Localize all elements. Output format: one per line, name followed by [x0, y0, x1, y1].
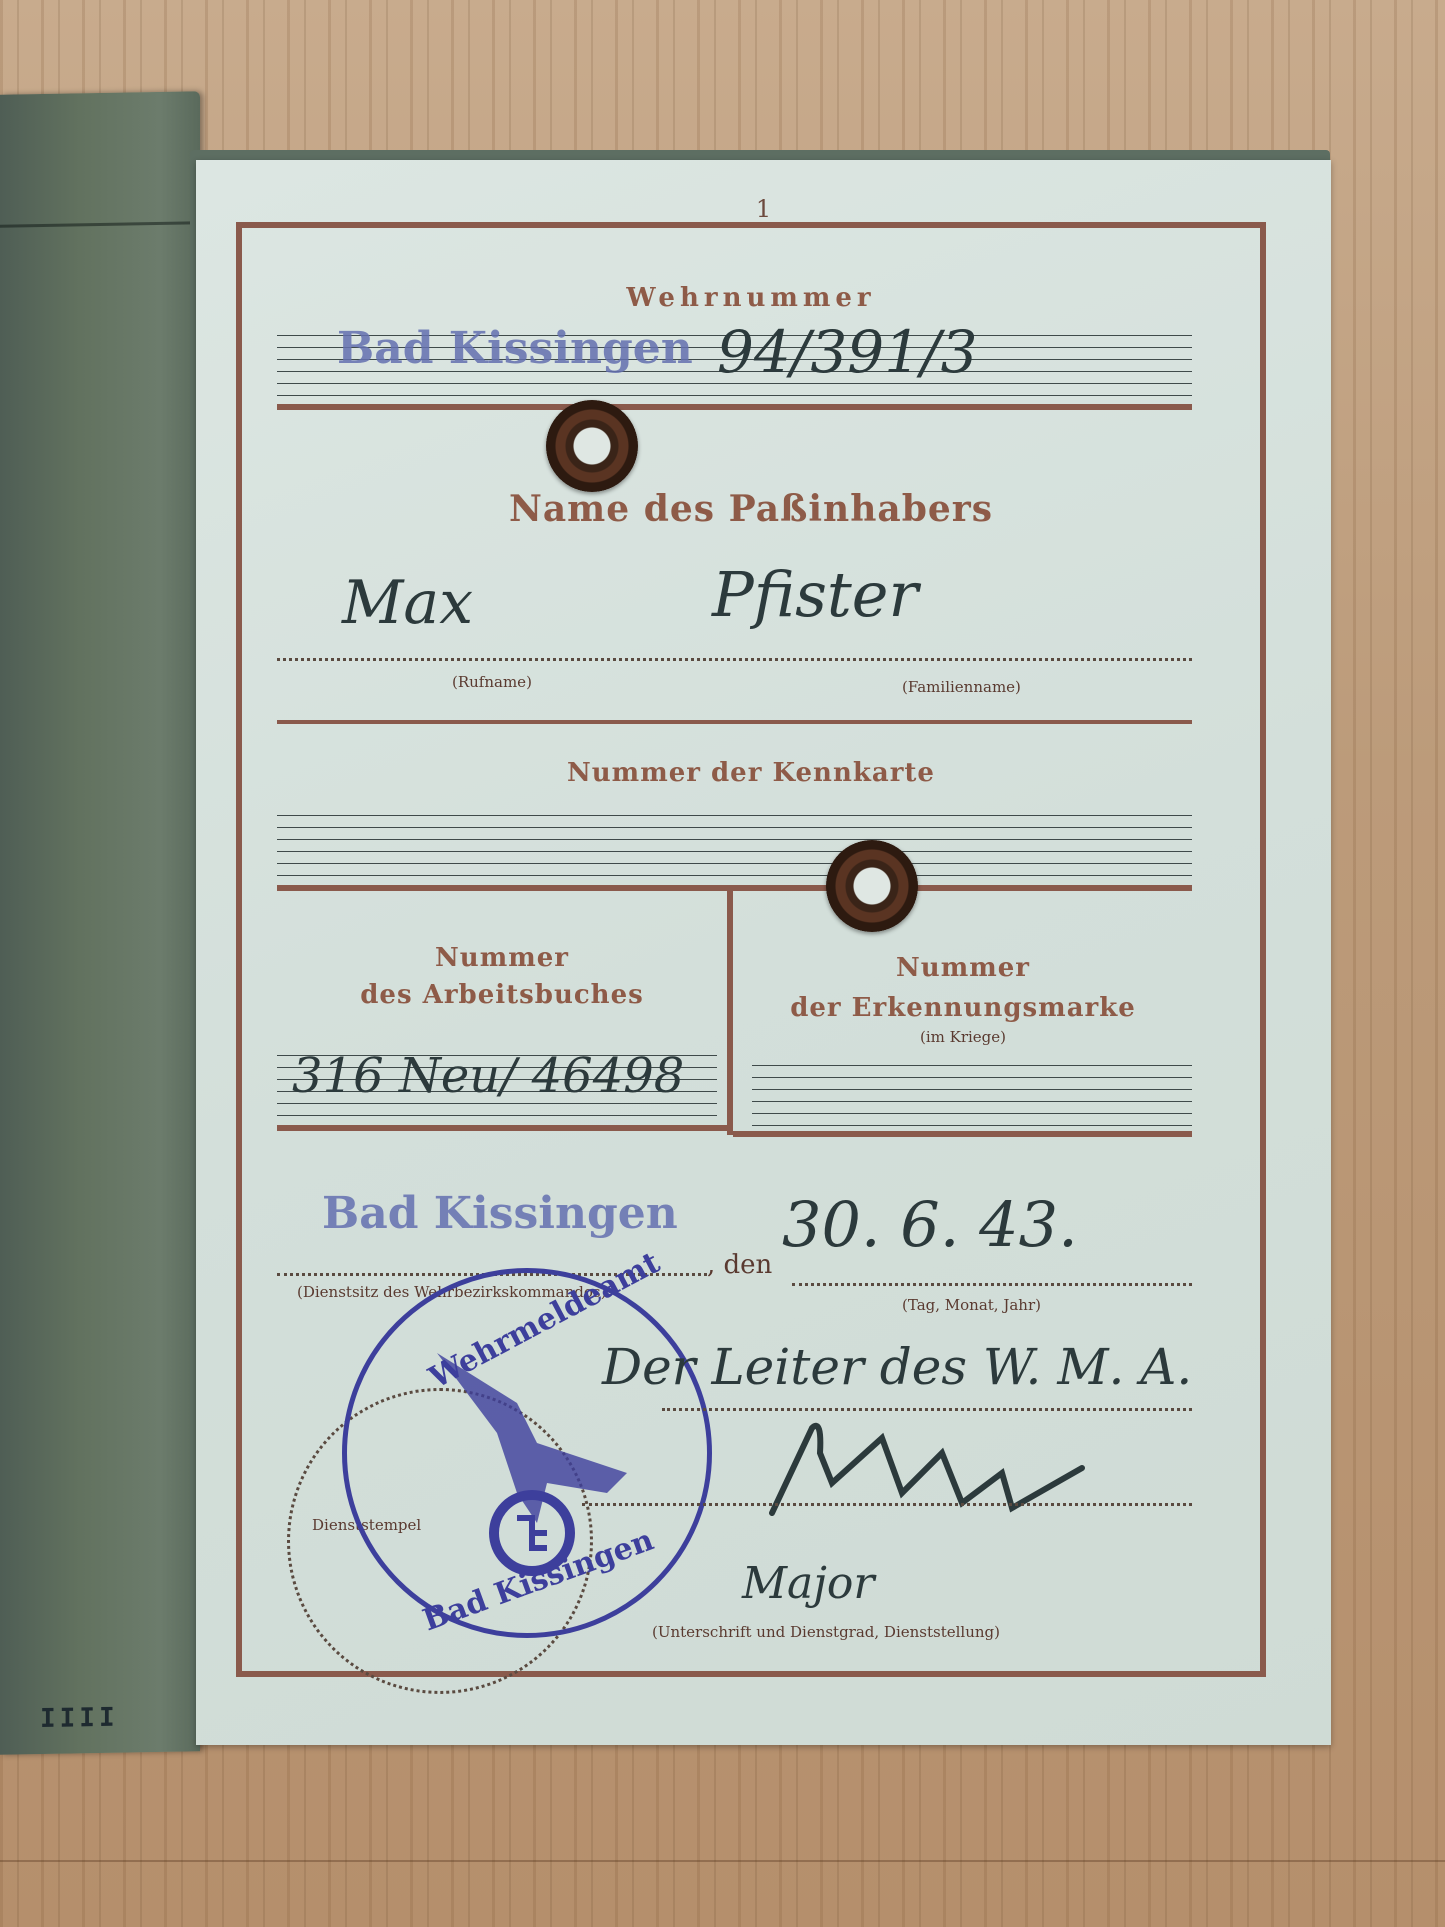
- name-dotted-line: [277, 658, 1192, 661]
- issue-date-dotted-line: [792, 1283, 1192, 1286]
- issue-place-stamp: Bad Kissingen: [322, 1188, 678, 1239]
- page-number: 1: [196, 195, 1331, 223]
- kennkarte-label: Nummer der Kennkarte: [242, 758, 1260, 788]
- issue-date-caption: (Tag, Monat, Jahr): [902, 1296, 1041, 1314]
- grommet-top: [546, 400, 638, 492]
- wehrnummer-rule: [277, 404, 1192, 410]
- erkennungsmarke-rule: [733, 1131, 1192, 1137]
- arbeitsbuch-value: 316 Neu/ 46498: [292, 1048, 684, 1104]
- arbeitsbuch-label-line2: des Arbeitsbuches: [277, 980, 727, 1010]
- signature-caption: (Unterschrift und Dienstgrad, Dienststel…: [652, 1623, 1000, 1641]
- wehrnummer-label: Wehrnummer: [242, 283, 1260, 313]
- erkennungsmarke-label-line1: Nummer: [733, 953, 1193, 983]
- first-name-caption: (Rufname): [452, 673, 532, 691]
- signature-dotted-line-1: [662, 1408, 1192, 1411]
- document-page: 1 Wehrnummer Bad Kissingen 94/391/3 Name…: [196, 160, 1331, 1745]
- table-plank-seam: [0, 1860, 1445, 1862]
- signature-dotted-line-2: [582, 1503, 1192, 1506]
- arbeitsbuch-rule: [277, 1125, 727, 1131]
- kennkarte-field: [277, 808, 1192, 880]
- den-label: , den: [707, 1250, 772, 1280]
- passbook-cover: IIII: [0, 91, 200, 1754]
- last-name-caption: (Familienname): [902, 678, 1021, 696]
- issue-date: 30. 6. 43.: [782, 1188, 1078, 1261]
- arbeitsbuch-label-line1: Nummer: [277, 943, 727, 973]
- last-name-value: Pfister: [712, 558, 918, 631]
- wehrnummer-place-stamp: Bad Kissingen: [337, 323, 693, 374]
- first-name-value: Max: [342, 568, 473, 638]
- erkennungsmarke-label-line2: der Erkennungsmarke: [733, 993, 1193, 1023]
- name-rule: [277, 720, 1192, 724]
- official-stamp: Wehrmeldeamt Bad Kissingen: [342, 1268, 712, 1638]
- page-frame: Wehrnummer Bad Kissingen 94/391/3 Name d…: [236, 222, 1266, 1677]
- erkennungsmarke-field: [752, 1058, 1192, 1130]
- signature-title-line: Der Leiter des W. M. A.: [602, 1338, 1192, 1396]
- erkennungsmarke-note: (im Kriege): [733, 1028, 1193, 1046]
- name-section-label: Name des Paßinhabers: [242, 488, 1260, 530]
- cover-tally-marks: IIII: [40, 1703, 119, 1734]
- wehrnummer-value: 94/391/3: [717, 318, 978, 386]
- signature-scrawl-icon: [762, 1413, 1162, 1523]
- cover-fold: [0, 221, 200, 227]
- signature-rank: Major: [742, 1558, 874, 1609]
- grommet-middle: [826, 840, 918, 932]
- kennkarte-rule: [277, 885, 1192, 891]
